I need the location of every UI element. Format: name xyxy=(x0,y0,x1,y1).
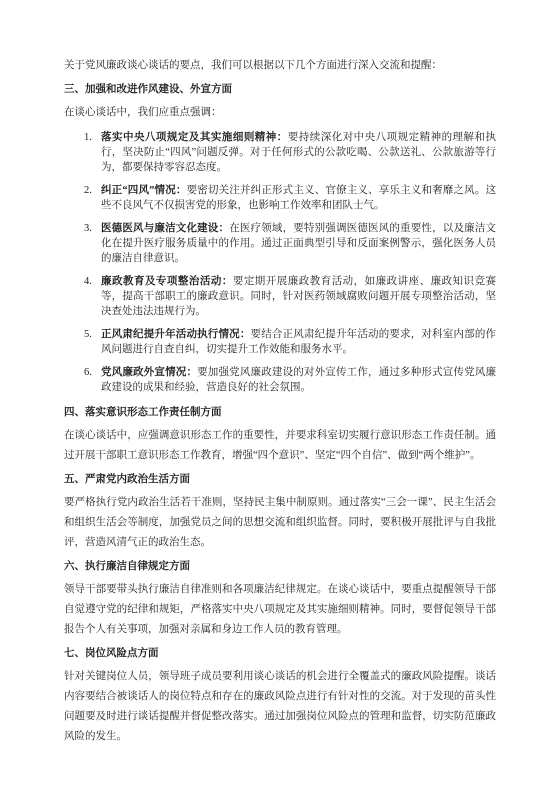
section-heading-6: 六、执行廉洁自律规定方面 xyxy=(64,557,496,577)
list-item-4: 4. 廉政教育及专项整治活动：要定期开展廉政教育活动，如廉政讲座、廉政知识竞赛等… xyxy=(64,274,496,319)
list-item-6: 6. 党风廉政外宣情况：要加强党风廉政建设的对外宣传工作，通过多种形式宣传党风廉… xyxy=(64,365,496,395)
list-item-3: 3. 医德医风与廉洁文化建设：在医疗领域，要特别强调医德医风的重要性，以及廉洁文… xyxy=(64,221,496,266)
list-item-1-title: 落实中央八项规定及其实施细则精神： xyxy=(101,132,288,143)
document-page: 关于党风廉政谈心谈话的要点，我们可以根据以下几个方面进行深入交流和提醒： 三、加… xyxy=(0,0,560,792)
list-item-4-title: 廉政教育及专项整治活动： xyxy=(101,276,233,287)
list-item-4-number: 4. xyxy=(84,274,92,289)
intro-paragraph: 关于党风廉政谈心谈话的要点，我们可以根据以下几个方面进行深入交流和提醒： xyxy=(64,56,496,76)
list-item-1: 1. 落实中央八项规定及其实施细则精神：要持续深化对中央八项规定精神的理解和执行… xyxy=(64,130,496,175)
section-heading-7: 七、岗位风险点方面 xyxy=(64,644,496,664)
list-item-5: 5. 正风肃纪提升年活动执行情况：要结合正风肃纪提升年活动的要求，对科室内部的作… xyxy=(64,327,496,357)
list-item-1-number: 1. xyxy=(84,130,92,145)
section-heading-4: 四、落实意识形态工作责任制方面 xyxy=(64,403,496,423)
section-5-paragraph: 要严格执行党内政治生活若干准则，坚持民主集中制原则。通过落实“三会一课”、民主生… xyxy=(64,493,496,553)
list-item-6-title: 党风廉政外宣情况： xyxy=(101,367,197,378)
list-item-3-number: 3. xyxy=(84,221,92,236)
numbered-list: 1. 落实中央八项规定及其实施细则精神：要持续深化对中央八项规定精神的理解和执行… xyxy=(64,130,496,395)
list-item-5-number: 5. xyxy=(84,327,92,342)
section-heading-5: 五、严肃党内政治生活方面 xyxy=(64,470,496,490)
section-7-paragraph: 针对关键岗位人员，领导班子成员要利用谈心谈话的机会进行全覆盖式的廉政风险提醒。谈… xyxy=(64,667,496,747)
list-item-2-number: 2. xyxy=(84,183,92,198)
section-4-paragraph: 在谈心谈话中，应强调意识形态工作的重要性，并要求科室切实履行意识形态工作责任制。… xyxy=(64,426,496,466)
section-heading-3: 三、加强和改进作风建设、外宣方面 xyxy=(64,80,496,100)
list-item-2: 2. 纠正“四风”情况：要密切关注并纠正形式主义、官僚主义、享乐主义和奢靡之风。… xyxy=(64,183,496,213)
list-item-2-title: 纠正“四风”情况： xyxy=(101,185,187,196)
list-item-5-title: 正风肃纪提升年活动执行情况： xyxy=(101,329,251,340)
section-6-paragraph: 领导干部要带头执行廉洁自律准则和各项廉洁纪律规定。在谈心谈话中，要重点提醒领导干… xyxy=(64,580,496,640)
section-3-lead: 在谈心谈话中，我们应重点强调： xyxy=(64,103,496,123)
list-item-6-number: 6. xyxy=(84,365,92,380)
list-item-3-title: 医德医风与廉洁文化建设： xyxy=(101,223,229,234)
